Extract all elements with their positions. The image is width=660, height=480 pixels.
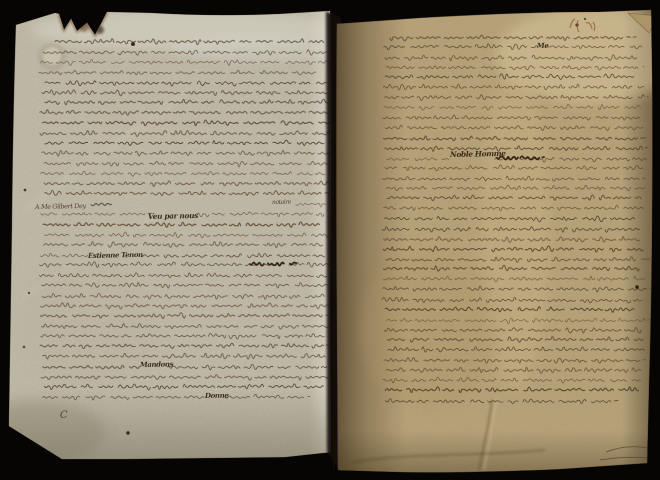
ink-spot bbox=[635, 285, 639, 289]
manuscript-scan-svg: A Me Gilbert DeynotaireVeu par nousEstie… bbox=[0, 0, 660, 480]
manuscript-scan: A Me Gilbert DeynotaireVeu par nousEstie… bbox=[0, 0, 660, 480]
right-page: MeNoble Homme bbox=[332, 5, 660, 475]
legible-fragment: Donne bbox=[204, 390, 230, 400]
ink-spot bbox=[126, 431, 129, 434]
ink-spot bbox=[23, 346, 26, 349]
gutter-core-line bbox=[332, 12, 334, 470]
ink-spot bbox=[24, 189, 27, 192]
ink-spot bbox=[584, 18, 586, 20]
legible-fragment: Estienne Tenon bbox=[87, 250, 143, 260]
legible-fragment: Veu par nous bbox=[148, 211, 199, 221]
legible-fragment: Me bbox=[536, 41, 550, 50]
legible-fragment: A Me Gilbert Dey bbox=[34, 202, 87, 211]
legible-fragment: C bbox=[60, 410, 68, 421]
ink-spot bbox=[28, 292, 30, 294]
legible-fragment: notaire bbox=[272, 199, 292, 206]
legible-fragment: Mandons bbox=[139, 359, 174, 369]
legible-fragment: Noble Homme bbox=[449, 149, 506, 159]
left-page: A Me Gilbert DeynotaireVeu par nousEstie… bbox=[0, 5, 360, 465]
tear-stain2 bbox=[96, 26, 104, 34]
left-bottom-shade bbox=[5, 390, 335, 460]
